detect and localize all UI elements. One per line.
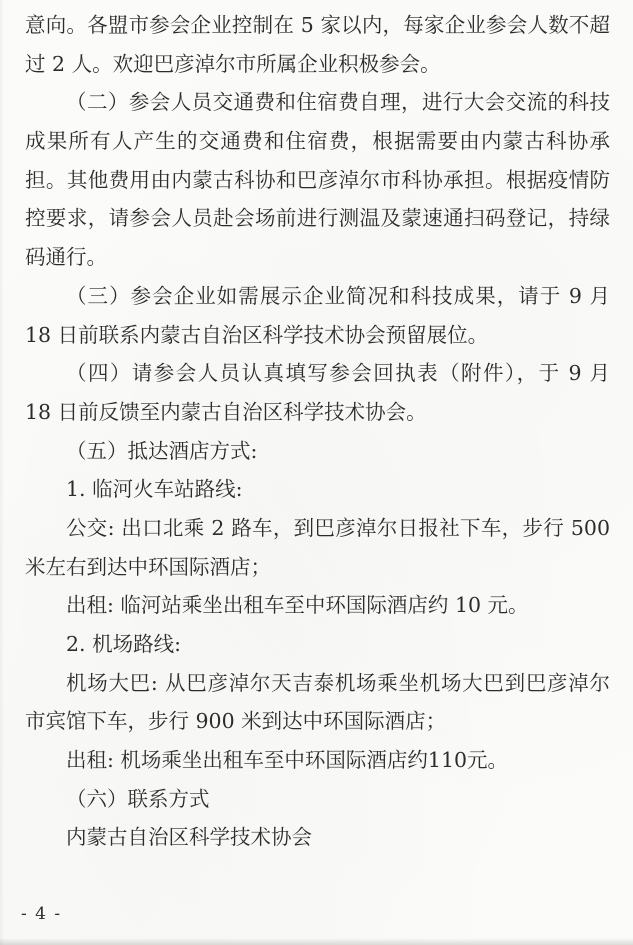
doc-line: 机场大巴: 从巴彦淖尔天吉泰机场乘坐机场大巴到巴彦淖尔 [25,664,610,703]
scan-left-edge-shadow [0,0,4,945]
doc-line: 码通行。 [25,238,610,277]
doc-line: 2. 机场路线: [25,625,610,664]
doc-line: （二）参会人员交通费和住宿费自理，进行大会交流的科技 [25,83,610,122]
document-text-block: 意向。各盟市参会企业控制在 5 家以内，每家企业参会人数不超 过 2 人。欢迎巴… [25,6,610,857]
doc-line: 控要求，请参会人员赴会场前进行测温及蒙速通扫码登记，持绿 [25,199,610,238]
doc-line: 市宾馆下车，步行 900 米到达中环国际酒店； [25,702,610,741]
doc-line: （三）参会企业如需展示企业简况和科技成果，请于 9 月 [25,277,610,316]
doc-line: （六）联系方式 [25,780,610,819]
doc-line: 成果所有人产生的交通费和住宿费，根据需要由内蒙古科协承 [25,122,610,161]
doc-line: 1. 临河火车站路线: [25,470,610,509]
document-page: 意向。各盟市参会企业控制在 5 家以内，每家企业参会人数不超 过 2 人。欢迎巴… [0,0,633,945]
doc-line: 内蒙古自治区科学技术协会 [25,818,610,857]
doc-line: （四）请参会人员认真填写参会回执表（附件），于 9 月 [25,354,610,393]
doc-line: （五）抵达酒店方式: [25,432,610,471]
doc-line: 18 日前反馈至内蒙古自治区科学技术协会。 [25,393,610,432]
doc-line: 担。其他费用由内蒙古科协和巴彦淖尔市科协承担。根据疫情防 [25,161,610,200]
doc-line: 出租: 临河站乘坐出租车至中环国际酒店约 10 元。 [25,586,610,625]
doc-line: 出租: 机场乘坐出租车至中环国际酒店约110元。 [25,741,610,780]
page-number: - 4 - [21,901,62,927]
doc-line: 公交: 出口北乘 2 路车，到巴彦淖尔日报社下车，步行 500 [25,509,610,548]
scan-bottom-edge-shadow [0,938,633,945]
doc-line: 过 2 人。欢迎巴彦淖尔市所属企业积极参会。 [25,45,610,84]
doc-line: 意向。各盟市参会企业控制在 5 家以内，每家企业参会人数不超 [25,6,610,45]
doc-line: 18 日前联系内蒙古自治区科学技术协会预留展位。 [25,316,610,355]
doc-line: 米左右到达中环国际酒店； [25,548,610,587]
